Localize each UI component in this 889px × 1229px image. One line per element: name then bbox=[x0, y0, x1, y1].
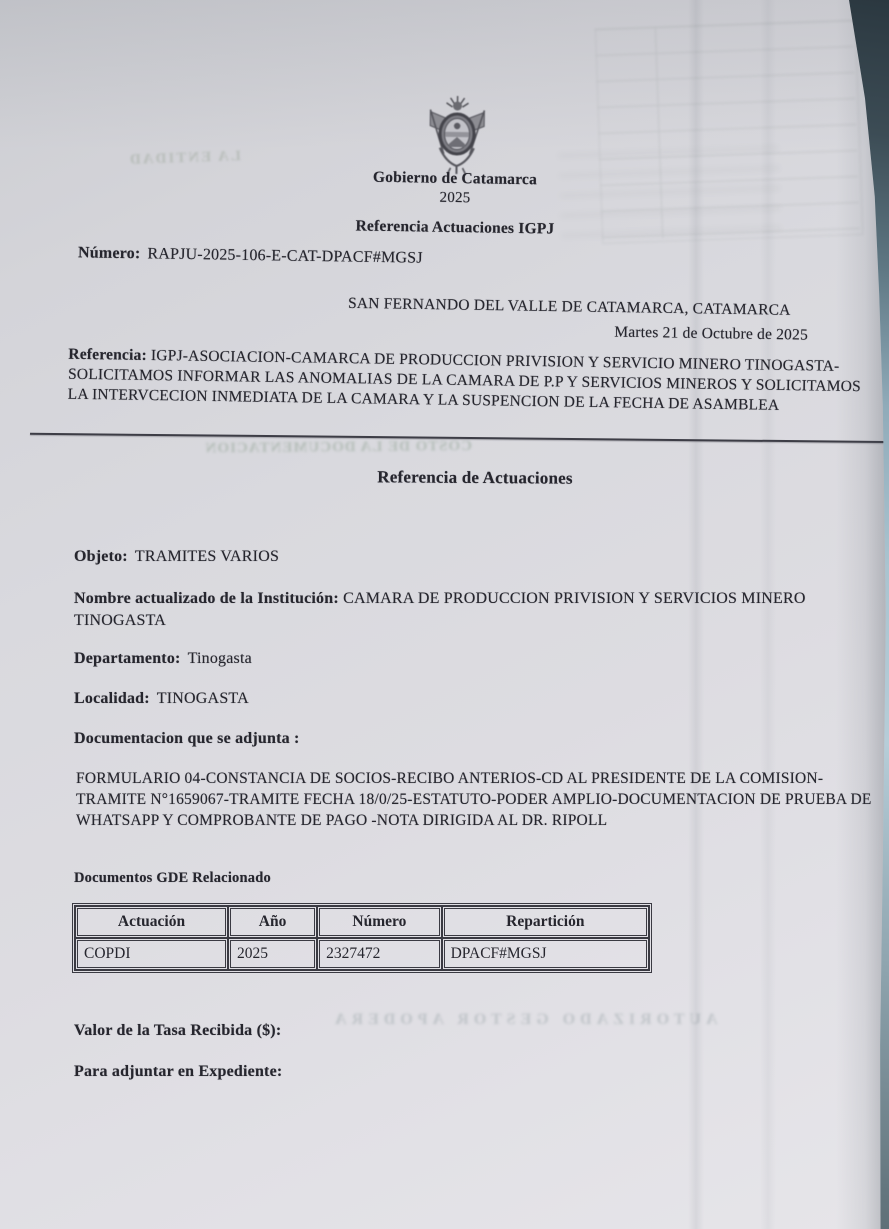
number-label: Número: bbox=[78, 244, 141, 262]
gde-cell-actuacion: COPDI bbox=[75, 938, 228, 970]
reference-text: IGPJ-ASOCIACION-CAMARCA DE PRODUCCION PR… bbox=[68, 347, 861, 414]
documentacion-label: Documentacion que se adjunta : bbox=[74, 730, 300, 748]
gde-table-row: COPDI 2025 2327472 DPACF#MGSJ bbox=[75, 938, 649, 970]
document-page: LA ENTIDAD COSTO DE LA DOCUMENTACION AUT… bbox=[0, 0, 889, 1229]
catamarca-coat-of-arms-icon bbox=[423, 95, 490, 178]
reference-label: Referencia: bbox=[68, 346, 147, 364]
documentacion-paragraph: FORMULARIO 04-CONSTANCIA DE SOCIOS-RECIB… bbox=[76, 768, 882, 831]
gde-title: Documentos GDE Relacionado bbox=[74, 870, 271, 887]
localidad-line: Localidad:TINOGASTA bbox=[74, 690, 249, 708]
reference-paragraph: Referencia: IGPJ-ASOCIACION-CAMARCA DE P… bbox=[68, 345, 869, 418]
departamento-line: Departamento:Tinogasta bbox=[74, 650, 252, 668]
place-line: SAN FERNANDO DEL VALLE DE CATAMARCA, CAT… bbox=[348, 295, 878, 321]
tasa-label: Valor de la Tasa Recibida ($): bbox=[74, 1022, 281, 1040]
number-value: RAPJU-2025-106-E-CAT-DPACF#MGSJ bbox=[147, 245, 423, 266]
nombre-label: Nombre actualizado de la Institución: bbox=[74, 590, 339, 607]
objeto-line: Objeto:TRAMITES VARIOS bbox=[74, 548, 279, 566]
objeto-label: Objeto: bbox=[74, 548, 128, 565]
objeto-value: TRAMITES VARIOS bbox=[135, 548, 279, 565]
gde-table-header-row: Actuación Año Número Repartición bbox=[75, 906, 649, 938]
gde-header-ano: Año bbox=[228, 906, 317, 938]
gde-header-reparticion: Repartición bbox=[442, 906, 649, 938]
gde-header-actuacion: Actuación bbox=[75, 906, 228, 938]
gde-cell-reparticion: DPACF#MGSJ bbox=[442, 938, 649, 970]
gde-cell-numero: 2327472 bbox=[317, 938, 441, 970]
localidad-value: TINOGASTA bbox=[157, 690, 249, 707]
ghost-text-autorizado: AUTORIZADO GESTOR APODERA bbox=[330, 1011, 718, 1029]
date-line: Martes 21 de Octubre de 2025 bbox=[348, 319, 808, 344]
gde-header-numero: Número bbox=[317, 906, 441, 938]
paper-edge-shading bbox=[836, 0, 889, 1229]
departamento-label: Departamento: bbox=[74, 650, 181, 667]
gde-table: Actuación Año Número Repartición COPDI 2… bbox=[72, 903, 652, 973]
localidad-label: Localidad: bbox=[74, 690, 150, 707]
document-type: Referencia Actuaciones IGPJ bbox=[255, 216, 655, 240]
section-title: Referencia de Actuaciones bbox=[255, 466, 695, 489]
ghost-text-entidad: LA ENTIDAD bbox=[128, 148, 241, 169]
ghost-text-costo: COSTO DE LA DOCUMENTACION bbox=[42, 438, 472, 459]
number-line: Número:RAPJU-2025-106-E-CAT-DPACF#MGSJ bbox=[78, 244, 423, 267]
gde-cell-ano: 2025 bbox=[228, 938, 317, 970]
document-year: 2025 bbox=[255, 187, 655, 210]
nombre-line: Nombre actualizado de la Institución: CA… bbox=[74, 588, 884, 632]
expediente-label: Para adjuntar en Expediente: bbox=[74, 1063, 282, 1081]
departamento-value: Tinogasta bbox=[188, 650, 252, 667]
